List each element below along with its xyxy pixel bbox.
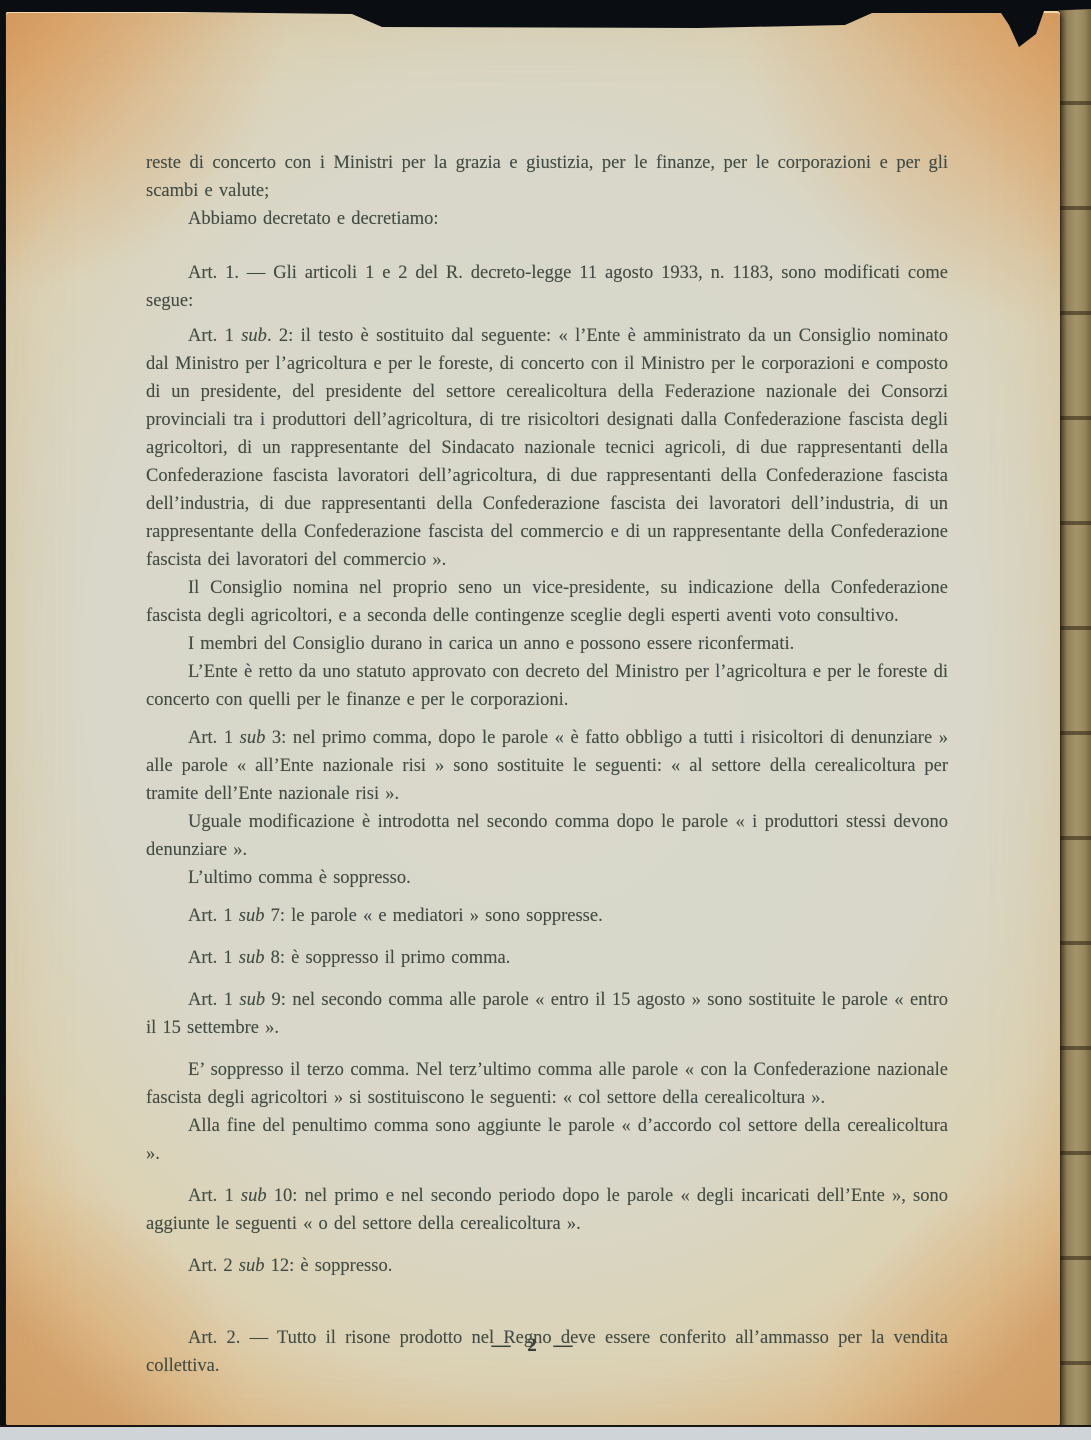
para-alla-fine-penultimo: Alla fine del penultimo comma sono aggiu… [146, 1112, 948, 1168]
para-consiglio-nomina: Il Consiglio nomina nel proprio seno un … [146, 574, 948, 630]
text-run: Art. 1. — Gli articoli 1 e 2 del R. decr… [146, 263, 948, 311]
scanned-book-page: reste di concerto con i Ministri per la … [0, 0, 1091, 1440]
text-run: 9: nel secondo comma alle parole « entro… [146, 990, 948, 1038]
text-run: Art. 1 [188, 326, 241, 346]
text-run: 8: è soppresso il primo comma. [265, 948, 511, 968]
page-number: — 2 — [6, 1335, 1060, 1357]
para-abbiamo-decretato: Abbiamo decretato e decretiamo: [146, 205, 948, 233]
italic-run: sub [240, 728, 266, 748]
text-run: Il Consiglio nomina nel proprio seno un … [146, 578, 948, 626]
para-membri-consiglio: I membri del Consiglio durano in carica … [146, 630, 948, 658]
text-run: 3: nel primo comma, dopo le parole « è f… [146, 728, 948, 804]
para-art1-sub7: Art. 1 sub 7: le parole « e mediatori » … [146, 902, 948, 930]
para-ultimo-comma: L’ultimo comma è soppresso. [146, 864, 948, 892]
text-run: E’ soppresso il terzo comma. Nel terz’ul… [146, 1060, 948, 1108]
para-uguale-modificazione: Uguale modificazione è introdotta nel se… [146, 808, 948, 864]
italic-run: sub [239, 948, 265, 968]
text-run: L’ultimo comma è soppresso. [188, 868, 411, 888]
text-run: I membri del Consiglio durano in carica … [188, 634, 794, 654]
text-run: L’Ente è retto da uno statuto approvato … [146, 662, 948, 710]
text-run: Art. 1 [188, 906, 239, 926]
text-run: Abbiamo decretato e decretiamo: [188, 209, 439, 229]
para-continuation: reste di concerto con i Ministri per la … [146, 149, 948, 205]
text-run: Art. 2 [188, 1256, 239, 1276]
text-run: Art. 1 [188, 1186, 241, 1206]
text-run: Art. 1 [188, 948, 239, 968]
text-run: Art. 1 [188, 728, 240, 748]
italic-run: sub [241, 326, 267, 346]
text-run: 12: è soppresso. [265, 1256, 393, 1276]
para-art1-sub3: Art. 1 sub 3: nel primo comma, dopo le p… [146, 724, 948, 808]
para-art1-sub8: Art. 1 sub 8: è soppresso il primo comma… [146, 944, 948, 972]
text-run: . 2: il testo è sostituito dal seguente:… [146, 326, 948, 570]
text-run: Alla fine del penultimo comma sono aggiu… [146, 1116, 948, 1164]
scanner-edge-strip [0, 1427, 1091, 1440]
para-soppresso-terzo-comma: E’ soppresso il terzo comma. Nel terz’ul… [146, 1056, 948, 1112]
document-page: reste di concerto con i Ministri per la … [6, 11, 1060, 1426]
italic-run: sub [241, 1186, 267, 1206]
para-ente-statuto: L’Ente è retto da uno statuto approvato … [146, 658, 948, 714]
text-run: Uguale modificazione è introdotta nel se… [146, 812, 948, 860]
text-block: reste di concerto con i Ministri per la … [146, 149, 948, 1380]
para-art2-sub12: Art. 2 sub 12: è soppresso. [146, 1252, 948, 1280]
text-run: 7: le parole « e mediatori » sono soppre… [265, 906, 603, 926]
text-run: reste di concerto con i Ministri per la … [146, 153, 948, 201]
italic-run: sub [239, 1256, 265, 1276]
text-run: Art. 1 [188, 990, 239, 1010]
para-art1-sub2: Art. 1 sub. 2: il testo è sostituito dal… [146, 322, 948, 574]
para-art1-sub10: Art. 1 sub 10: nel primo e nel secondo p… [146, 1182, 948, 1238]
para-art-1: Art. 1. — Gli articoli 1 e 2 del R. decr… [146, 259, 948, 315]
book-page-edges [1058, 0, 1091, 1440]
text-run: 10: nel primo e nel secondo periodo dopo… [146, 1186, 948, 1234]
para-art1-sub9: Art. 1 sub 9: nel secondo comma alle par… [146, 986, 948, 1042]
italic-run: sub [239, 990, 265, 1010]
italic-run: sub [239, 906, 265, 926]
